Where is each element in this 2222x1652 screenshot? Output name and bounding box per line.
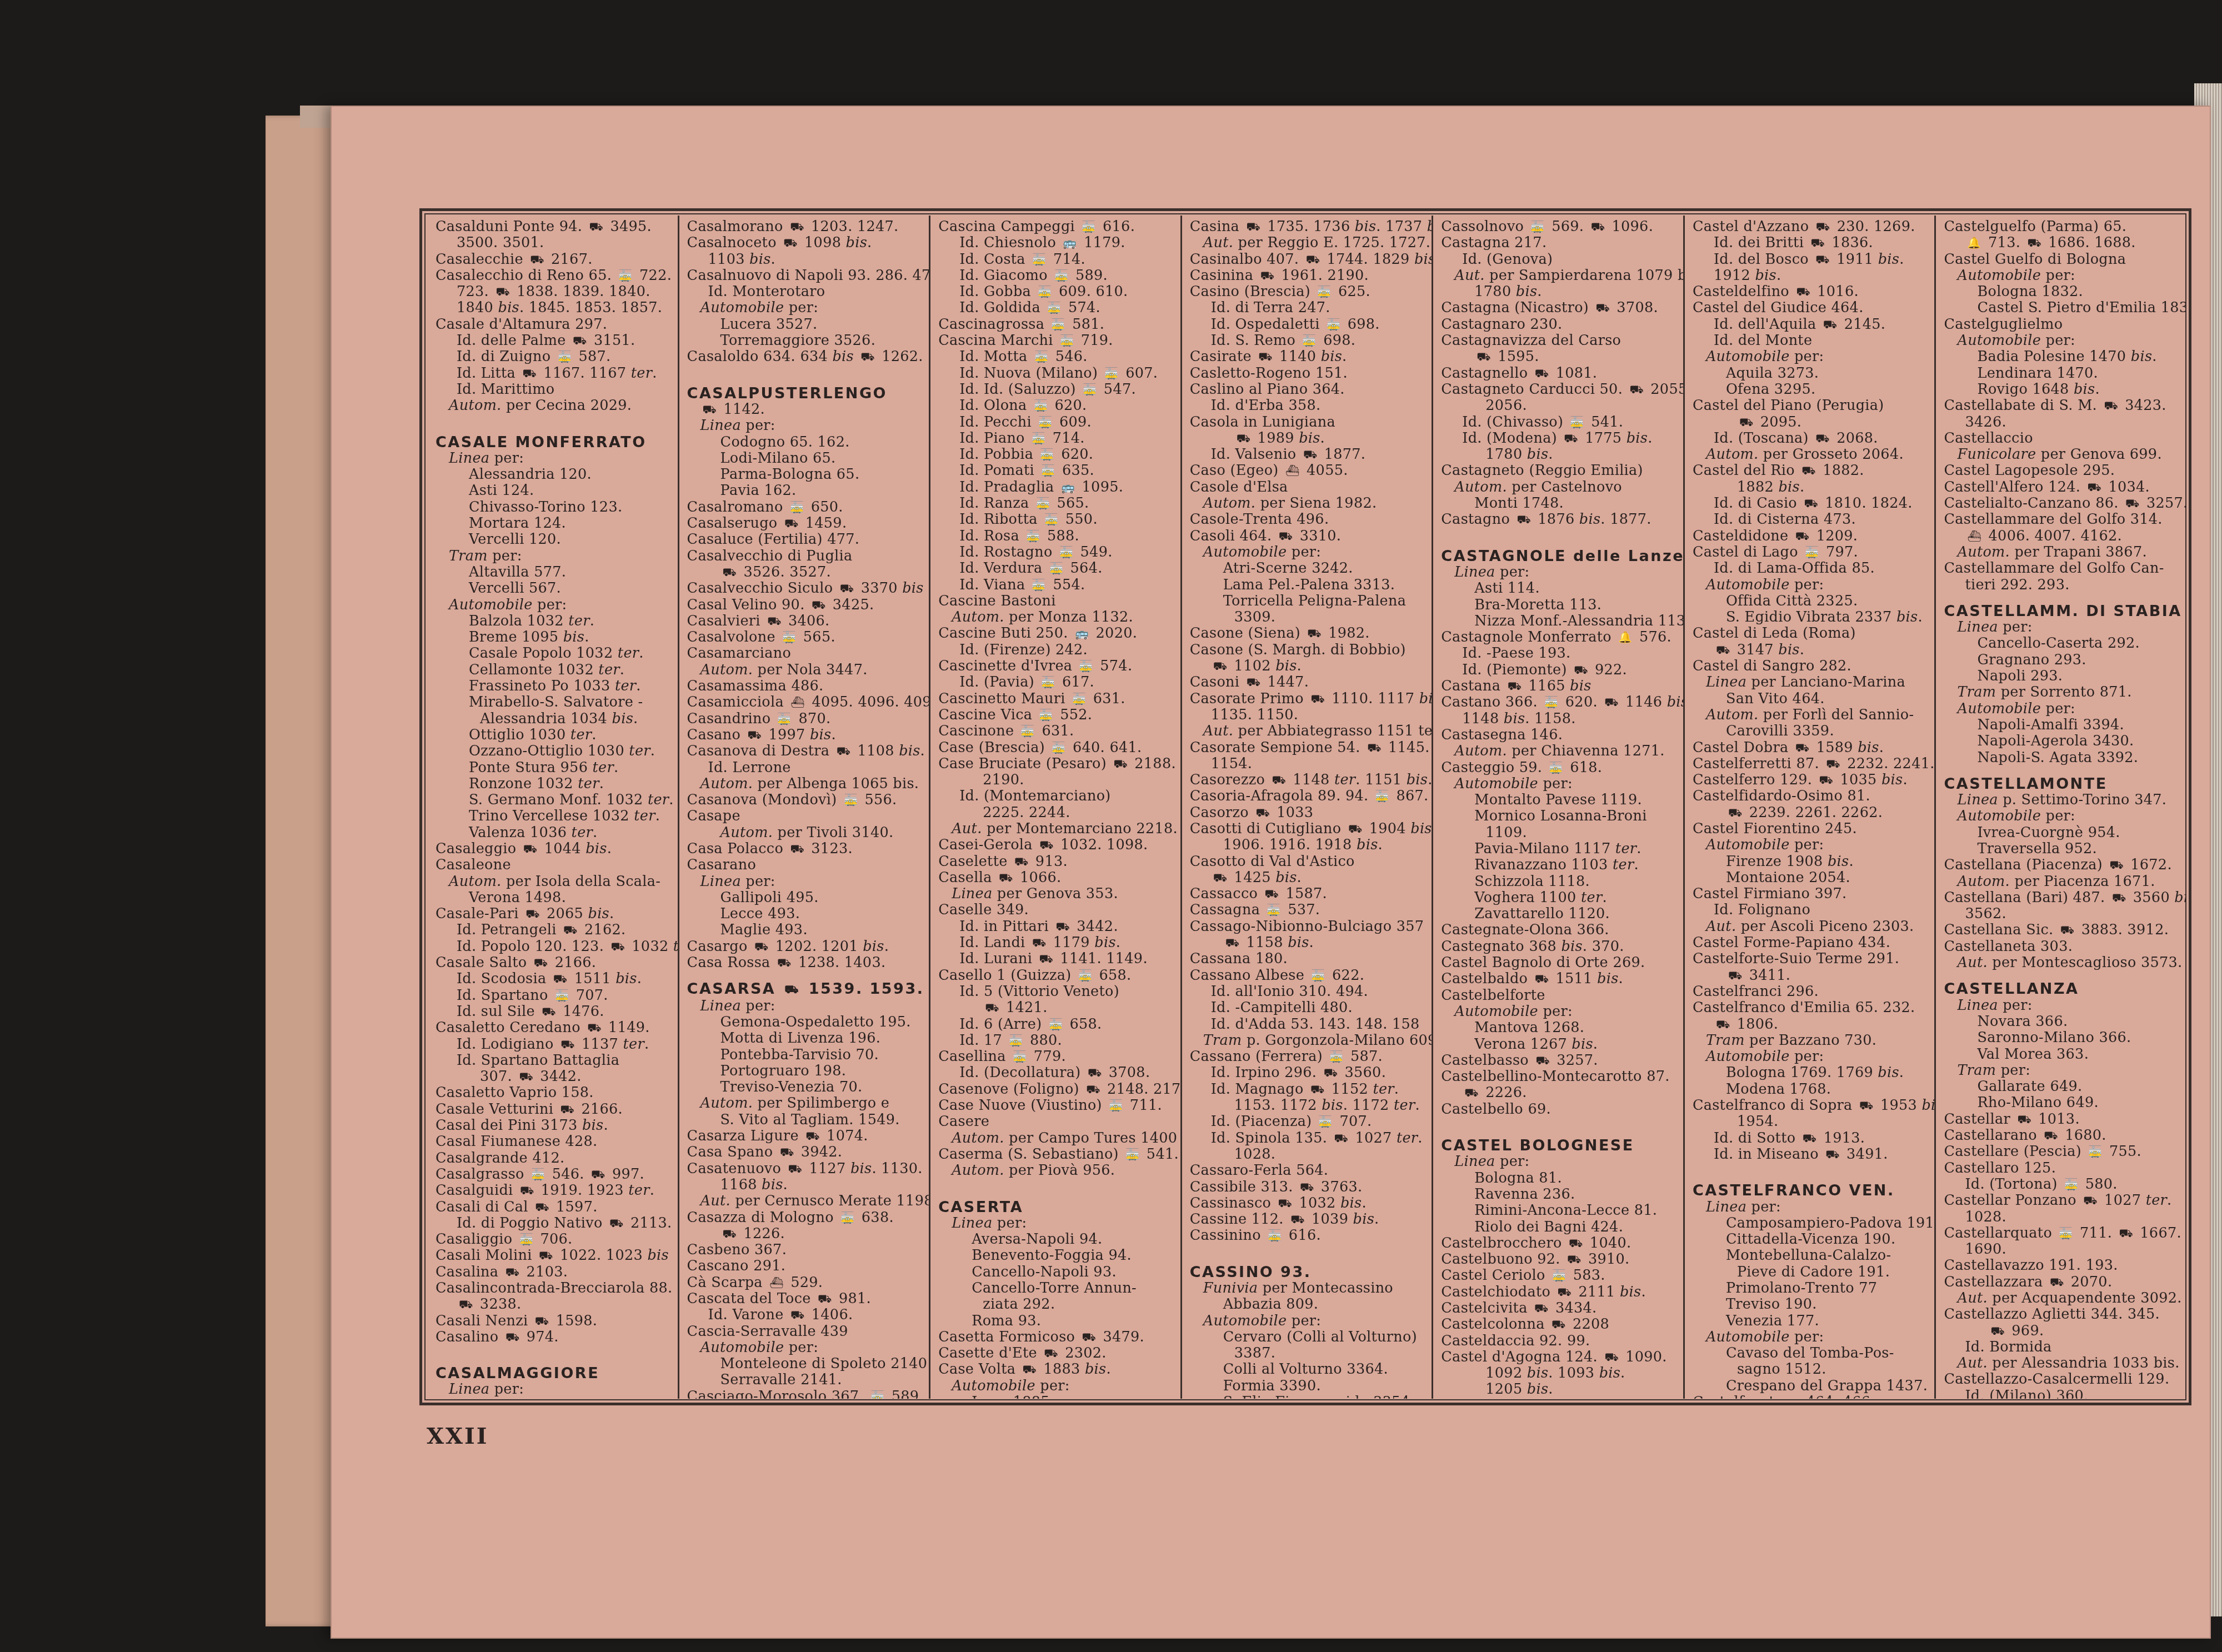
transport-mode-label: Linea bbox=[700, 998, 741, 1014]
index-entry: Montebelluna-Calalzo- bbox=[1693, 1248, 1929, 1264]
car-icon: ⛟ bbox=[2125, 495, 2139, 512]
spacer bbox=[938, 1179, 1175, 1189]
index-entry: Casenove (Foligno) ⛟ 2148. 2172 bbox=[938, 1082, 1175, 1098]
index-entry: Autom. per Piovà 956. bbox=[938, 1163, 1175, 1179]
index-column-6: Castel d'Azzano ⛟ 230. 1269.Id. dei Brit… bbox=[1685, 216, 1936, 1399]
car-icon: ⛟ bbox=[1023, 1361, 1037, 1378]
suffix-label: bis bbox=[1094, 934, 1115, 951]
index-entry: Castel Bagnolo di Orte 269. bbox=[1441, 955, 1678, 971]
index-entry: Castel del Piano (Perugia) bbox=[1693, 398, 1929, 414]
transport-mode-label: Automobile bbox=[1706, 1329, 1790, 1345]
index-entry: Automobile per: bbox=[1441, 1004, 1678, 1020]
transport-mode-label: Autom. bbox=[1957, 544, 2010, 560]
index-entry: Trino Vercellese 1032 ter. bbox=[436, 808, 672, 824]
index-entry: Nizza Monf.-Alessandria 113. bbox=[1441, 613, 1678, 629]
index-entry: Voghera 1100 ter. bbox=[1441, 890, 1678, 906]
transport-mode-label: Autom. bbox=[449, 873, 502, 890]
suffix-label: bis bbox=[1878, 1064, 1899, 1081]
suffix-label: bis bbox=[1572, 1036, 1593, 1053]
index-entry: Casano ⛟ 1997 bis. bbox=[687, 727, 924, 743]
index-entry: Id. Popolo 120. 123. ⛟ 1032 ter. bbox=[436, 939, 672, 955]
boat-icon: ⛴ bbox=[790, 694, 805, 710]
index-entry: Funivia per Montecassino bbox=[1190, 1280, 1427, 1296]
transport-mode-label: Linea bbox=[700, 417, 741, 434]
suffix-label: ter bbox=[598, 662, 619, 678]
index-entry: Chivasso-Torino 123. bbox=[436, 499, 672, 515]
index-entry: Automobile per: bbox=[1944, 701, 2180, 717]
car-icon: ⛟ bbox=[788, 1161, 802, 1177]
index-entry: Casone (S. Margh. di Bobbio) bbox=[1190, 642, 1427, 658]
suffix-label: bis bbox=[2131, 348, 2152, 365]
index-entry: Automobile per: bbox=[1944, 268, 2180, 284]
index-entry: Gallipoli 495. bbox=[687, 890, 924, 906]
suffix-label: bis bbox=[1627, 430, 1648, 447]
index-entry: Ozzano-Ottiglio 1030 ter. bbox=[436, 743, 672, 759]
index-entry: Bra-Moretta 113. bbox=[1441, 597, 1678, 613]
index-entry: Id. di Poggio Nativo ⛟ 2113. bbox=[436, 1215, 672, 1232]
section-heading: CASARSA ⛟ 1539. 1593. bbox=[687, 981, 924, 998]
index-entry: ⛟ 2239. 2261. 2262. bbox=[1693, 805, 1929, 821]
tram-icon: 🚋 bbox=[1052, 740, 1065, 756]
suffix-label: bis bbox=[749, 251, 770, 268]
car-icon: ⛟ bbox=[1306, 252, 1320, 268]
index-entry: Autom. per Castelnovo bbox=[1441, 479, 1678, 495]
index-entry: Castellar ⛟ 1013. bbox=[1944, 1112, 2180, 1128]
index-entry: Id. Nuova (Milano) 🚋 607. bbox=[938, 366, 1175, 382]
tram-icon: 🚋 bbox=[1032, 430, 1045, 447]
index-entry: Cancello-Torre Annun- bbox=[938, 1280, 1175, 1296]
index-entry: Autom. per Nola 3447. bbox=[687, 662, 924, 678]
car-icon: ⛟ bbox=[783, 235, 797, 251]
section-heading: CASERTA bbox=[938, 1199, 1175, 1215]
section-heading: CASTELLAMONTE bbox=[1944, 776, 2180, 792]
index-entry: Id. (Decollatura) ⛟ 3708. bbox=[938, 1065, 1175, 1081]
index-entry: Casatenuovo ⛟ 1127 bis. 1130. bbox=[687, 1161, 924, 1177]
car-icon: ⛟ bbox=[496, 284, 509, 300]
tram-icon: 🚋 bbox=[1109, 1098, 1123, 1114]
car-icon: ⛟ bbox=[1044, 1345, 1058, 1361]
car-icon: ⛟ bbox=[1739, 414, 1753, 430]
index-entry: Lugo 1885. bbox=[938, 1394, 1175, 1399]
index-entry: ⛟ 1806. bbox=[1693, 1017, 1929, 1033]
index-entry: Casalduni Ponte 94. ⛟ 3495. bbox=[436, 219, 672, 235]
transport-mode-label: Automobile bbox=[700, 299, 784, 316]
index-entry: Castagnole Monferrato 🔔 576. bbox=[1441, 629, 1678, 645]
index-entry: Casamassima 486. bbox=[687, 678, 924, 694]
car-icon: ⛟ bbox=[767, 613, 781, 629]
car-icon: ⛟ bbox=[1859, 1098, 1873, 1114]
car-icon: ⛟ bbox=[2083, 1193, 2097, 1209]
car-icon: ⛟ bbox=[1535, 1053, 1549, 1069]
index-entry: Aut. per Reggio E. 1725. 1727. bbox=[1190, 235, 1427, 251]
index-entry: Casali di Cal ⛟ 1597. bbox=[436, 1199, 672, 1215]
index-entry: Modena 1768. bbox=[1693, 1082, 1929, 1098]
index-entry: Casalmorano ⛟ 1203. 1247. bbox=[687, 219, 924, 235]
index-entry: ziata 292. bbox=[938, 1296, 1175, 1313]
index-entry: Castelferro 129. ⛟ 1035 bis. bbox=[1693, 772, 1929, 788]
index-entry: Casale d'Altamura 297. bbox=[436, 317, 672, 333]
index-entry: Balzola 1032 ter. bbox=[436, 613, 672, 629]
index-entry: Autom. per Monza 1132. bbox=[938, 609, 1175, 625]
index-entry: Cavaso del Tomba-Pos- bbox=[1693, 1345, 1929, 1361]
index-entry: Casalvecchio Siculo ⛟ 3370 bis bbox=[687, 580, 924, 597]
tram-icon: 🚋 bbox=[1570, 414, 1584, 430]
index-entry: Casorate Primo ⛟ 1110. 1117 bis bbox=[1190, 691, 1427, 707]
index-entry: Castelfranci 296. bbox=[1693, 984, 1929, 1000]
section-heading: CASTELFRANCO VEN. bbox=[1693, 1183, 1929, 1199]
index-entry: Id. Rosa 🚋 588. bbox=[938, 528, 1175, 544]
car-icon: ⛟ bbox=[1303, 447, 1317, 463]
car-icon: ⛟ bbox=[1265, 886, 1279, 902]
car-icon: ⛟ bbox=[1464, 1085, 1478, 1101]
index-entry: Aut. per Cernusco Merate 1198. bbox=[687, 1193, 924, 1209]
suffix-label: bis bbox=[1527, 446, 1548, 463]
suffix-label: ter bbox=[2146, 1192, 2167, 1209]
section-heading: CASALPUSTERLENGO bbox=[687, 386, 924, 402]
car-icon: ⛟ bbox=[459, 1296, 473, 1313]
index-entry: Cascinette d'Ivrea 🚋 574. bbox=[938, 658, 1175, 674]
index-entry: Castelfidardo-Osimo 81. bbox=[1693, 788, 1929, 804]
tram-icon: 🚋 bbox=[2059, 1225, 2073, 1241]
car-icon: ⛟ bbox=[805, 1128, 819, 1144]
index-entry: Offida Città 2325. bbox=[1693, 593, 1929, 609]
index-entry: Cascina Marchi 🚋 719. bbox=[938, 333, 1175, 349]
index-entry: Id. 5 (Vittorio Veneto) bbox=[938, 984, 1175, 1000]
index-entry: Tram per: bbox=[1944, 1063, 2180, 1079]
suffix-label: bis bbox=[1881, 772, 1903, 788]
index-entry: Case Nuove (Viustino) 🚋 711. bbox=[938, 1098, 1175, 1114]
index-entry: Castel di Lago 🚋 797. bbox=[1693, 544, 1929, 560]
suffix-label: bis bbox=[1921, 1097, 1936, 1114]
suffix-label: bis bbox=[1288, 934, 1309, 951]
index-entry: Casape bbox=[687, 808, 924, 824]
index-entry: Casandrino 🚋 870. bbox=[687, 711, 924, 727]
car-icon: ⛟ bbox=[812, 597, 825, 613]
index-entry: Automobile per: bbox=[436, 597, 672, 613]
index-entry: 1205 bis. bbox=[1441, 1381, 1678, 1398]
index-entry: Casalnoceto ⛟ 1098 bis. bbox=[687, 235, 924, 251]
index-entry: Id. Bormida bbox=[1944, 1339, 2180, 1355]
index-entry: Id. Ospedaletti 🚋 698. bbox=[1190, 317, 1427, 333]
index-entry: Linea per Genova 353. bbox=[938, 886, 1175, 902]
index-entry: Castelforte-Suio Terme 291. bbox=[1693, 951, 1929, 967]
transport-mode-label: Aut. bbox=[1706, 918, 1736, 935]
index-entry: Casaletto Ceredano ⛟ 1149. bbox=[436, 1020, 672, 1036]
car-icon: ⛟ bbox=[1082, 1329, 1096, 1345]
index-entry: Ottiglio 1030 ter. bbox=[436, 727, 672, 743]
suffix-label: ter bbox=[1394, 1097, 1415, 1114]
suffix-label: ter bbox=[1613, 857, 1634, 873]
index-entry: Castel Firmiano 397. bbox=[1693, 886, 1929, 902]
car-icon: ⛟ bbox=[2119, 1225, 2133, 1241]
section-heading: CASTAGNOLE delle Lanze bbox=[1441, 548, 1678, 564]
index-entry: Castegnate-Olona 366. bbox=[1441, 922, 1678, 938]
index-entry: Casoni ⛟ 1447. bbox=[1190, 674, 1427, 690]
index-entry: Casalguidi ⛟ 1919. 1923 ter. bbox=[436, 1183, 672, 1199]
transport-mode-label: Autom. bbox=[449, 397, 502, 414]
index-entry: Cassano Albese 🚋 622. bbox=[1190, 968, 1427, 984]
tram-icon: 🚋 bbox=[1805, 544, 1819, 560]
index-entry: Castelchiodato ⛟ 2111 bis. bbox=[1441, 1284, 1678, 1300]
index-entry: Camposampiero-Padova 191 bbox=[1693, 1215, 1929, 1232]
index-entry: Id. Motta 🚋 546. bbox=[938, 349, 1175, 365]
spacer bbox=[1441, 528, 1678, 538]
suffix-label: bis bbox=[1599, 1365, 1620, 1381]
index-entry: Casalnuovo di Napoli 93. 286. 473. bbox=[687, 268, 924, 284]
suffix-label: ter bbox=[572, 824, 593, 841]
index-entry: Casorate Sempione 54. ⛟ 1145. bbox=[1190, 740, 1427, 756]
index-entry: Linea per: bbox=[436, 450, 672, 467]
tram-icon: 🚋 bbox=[1105, 366, 1119, 382]
index-entry: Rho-Milano 649. bbox=[1944, 1095, 2180, 1111]
index-entry: Id. Litta ⛟ 1167. 1167 ter. bbox=[436, 366, 672, 382]
index-entry: Alessandria 120. bbox=[436, 467, 672, 483]
index-entry: Id. del Bosco ⛟ 1911 bis. bbox=[1693, 252, 1929, 268]
index-entry: Castelfrentano 464. 466. bbox=[1693, 1394, 1929, 1399]
index-entry: tieri 292. 293. bbox=[1944, 577, 2180, 593]
car-icon: ⛟ bbox=[587, 1020, 601, 1036]
suffix-label: ter bbox=[628, 1182, 649, 1199]
index-entry: Casletto-Rogeno 151. bbox=[1190, 366, 1427, 382]
section-heading: CASTELLANZA bbox=[1944, 981, 2180, 997]
index-entry: Val Morea 363. bbox=[1944, 1047, 2180, 1063]
car-icon: ⛟ bbox=[1225, 935, 1239, 951]
car-icon: ⛟ bbox=[1534, 1300, 1548, 1316]
transport-mode-label: Aut. bbox=[1957, 954, 1987, 971]
transport-mode-label: Automobile bbox=[1957, 700, 2041, 717]
index-entry: Autom. per Campo Tures 1400 bbox=[938, 1130, 1175, 1147]
index-entry: Castelbaldo ⛟ 1511 bis. bbox=[1441, 971, 1678, 987]
index-entry: ⛟ 3411. bbox=[1693, 968, 1929, 984]
index-entry: Verona 1498. bbox=[436, 890, 672, 906]
index-entry: 2056. bbox=[1441, 398, 1678, 414]
transport-mode-label: Autom. bbox=[720, 824, 773, 841]
index-entry: Autom. per Piacenza 1671. bbox=[1944, 874, 2180, 890]
index-entry: Castel di Leda (Roma) bbox=[1693, 625, 1929, 642]
index-entry: Napoli 293. bbox=[1944, 668, 2180, 684]
index-entry: Id. Giacomo 🚋 589. bbox=[938, 268, 1175, 284]
index-entry: Cascine Buti 250. 🚌 2020. bbox=[938, 625, 1175, 642]
tram-icon: 🚋 bbox=[618, 268, 632, 284]
car-icon: ⛟ bbox=[535, 1199, 549, 1215]
car-icon: ⛟ bbox=[818, 1291, 832, 1307]
index-entry: Zavattarello 1120. bbox=[1441, 906, 1678, 922]
car-icon: ⛟ bbox=[1604, 1349, 1618, 1365]
suffix-label: bis bbox=[1516, 283, 1537, 300]
index-entry: Automobile per: bbox=[687, 1340, 924, 1356]
tram-icon: 🚋 bbox=[1026, 528, 1040, 544]
index-entry: Napoli-Agerola 3430. bbox=[1944, 733, 2180, 749]
suffix-label: bis bbox=[1353, 1211, 1374, 1228]
suffix-label: bis bbox=[762, 1177, 783, 1193]
index-entry: Cassinino 🚋 616. bbox=[1190, 1228, 1427, 1244]
index-entry: Cassolnovo 🚋 569. ⛟ 1096. bbox=[1441, 219, 1678, 235]
index-entry: Id. 6 (Arre) 🚋 658. bbox=[938, 1017, 1175, 1033]
index-entry: Casale Salto ⛟ 2166. bbox=[436, 955, 672, 971]
index-entry: Casarano bbox=[687, 857, 924, 873]
index-entry: Bologna 1769. 1769 bis. bbox=[1693, 1065, 1929, 1081]
car-icon: ⛟ bbox=[1088, 1065, 1102, 1081]
suffix-label: ter bbox=[629, 743, 650, 759]
index-entry: 723. ⛟ 1838. 1839. 1840. bbox=[436, 284, 672, 300]
index-entry: S. Elia Fiumerapido 3354. bbox=[1190, 1394, 1427, 1399]
transport-mode-label: Aut. bbox=[700, 1193, 730, 1209]
index-entry: Casei-Gerola ⛟ 1032. 1098. bbox=[938, 837, 1175, 853]
index-entry: Cascinone 🚋 631. bbox=[938, 723, 1175, 739]
index-entry: Serravalle 2141. bbox=[687, 1372, 924, 1388]
index-entry: Id. Olona 🚋 620. bbox=[938, 398, 1175, 414]
index-entry: Id. Folignano bbox=[1693, 902, 1929, 918]
section-heading: CASTELLAMM. DI STABIA bbox=[1944, 603, 2180, 619]
tram-icon: 🚋 bbox=[1125, 1147, 1139, 1163]
suffix-label: bis bbox=[1561, 938, 1582, 955]
index-entry: Castellana Sic. ⛟ 3883. 3912. bbox=[1944, 922, 2180, 938]
transport-mode-label: Autom. bbox=[1706, 707, 1759, 723]
index-entry: Aut. per Abbiategrasso 1151 ter bbox=[1190, 723, 1427, 739]
index-entry: Linea per: bbox=[436, 1381, 672, 1398]
tram-icon: 🚋 bbox=[1049, 1017, 1063, 1033]
tram-icon: 🚋 bbox=[1319, 1114, 1333, 1130]
car-icon: ⛟ bbox=[1716, 642, 1730, 658]
index-entry: Aquila 3273. bbox=[1693, 366, 1929, 382]
index-entry: Id. Pradaglia 🚌 1095. bbox=[938, 479, 1175, 495]
index-entry: Castellavazzo 191. 193. bbox=[1944, 1258, 2180, 1274]
index-entry: Castel d'Azzano ⛟ 230. 1269. bbox=[1693, 219, 1929, 235]
suffix-label: bis bbox=[1527, 1365, 1548, 1381]
index-entry: S. Vito al Tagliam. 1549. bbox=[687, 1112, 924, 1128]
car-icon: ⛟ bbox=[1086, 1082, 1100, 1098]
car-icon: ⛟ bbox=[1795, 528, 1809, 544]
car-icon: ⛟ bbox=[560, 1102, 574, 1118]
index-entry: Rivanazzano 1103 ter. bbox=[1441, 857, 1678, 873]
index-entry: 1092 bis. 1093 bis. bbox=[1441, 1365, 1678, 1381]
suffix-label: ter bbox=[673, 938, 679, 955]
transport-mode-label: Funicolare bbox=[1957, 446, 2036, 463]
section-heading: CASTEL BOLOGNESE bbox=[1441, 1138, 1678, 1154]
car-icon: ⛟ bbox=[591, 1167, 605, 1183]
index-entry: Casaletto Vaprio 158. bbox=[436, 1085, 672, 1101]
index-entry: Id. Chiesnolo 🚌 1179. bbox=[938, 235, 1175, 251]
car-icon: ⛟ bbox=[2044, 1128, 2058, 1144]
index-entry: Castelbello 69. bbox=[1441, 1102, 1678, 1118]
suffix-label: bis bbox=[1427, 218, 1434, 235]
index-entry: Venezia 177. bbox=[1693, 1313, 1929, 1329]
index-entry: Torremaggiore 3526. bbox=[687, 333, 924, 349]
index-entry: Id. S. Remo 🚋 698. bbox=[1190, 333, 1427, 349]
index-entry: Roma 93. bbox=[938, 1313, 1175, 1329]
transport-mode-label: Autom. bbox=[1454, 479, 1507, 495]
suffix-label: bis bbox=[1667, 694, 1685, 710]
car-icon: ⛟ bbox=[610, 939, 624, 955]
index-entry: Schizzola 1118. bbox=[1441, 874, 1678, 890]
car-icon: ⛟ bbox=[1796, 284, 1810, 300]
index-entry: Castellarquato 🚋 711. ⛟ 1667. bbox=[1944, 1225, 2180, 1241]
tram-icon: 🚋 bbox=[1039, 707, 1053, 723]
spacer bbox=[1441, 1118, 1678, 1128]
index-entry: Id. Verdura 🚋 564. bbox=[938, 560, 1175, 577]
index-entry: Aut. per Ascoli Piceno 2303. bbox=[1693, 919, 1929, 935]
index-entry: Id. (Genova) bbox=[1441, 252, 1678, 268]
index-entry: Cassinasco ⛟ 1032 bis. bbox=[1190, 1195, 1427, 1212]
index-entry: Ronzone 1032 ter. bbox=[436, 776, 672, 792]
tram-icon: 🚋 bbox=[844, 792, 858, 808]
index-entry: 1690. bbox=[1944, 1241, 2180, 1258]
boat-icon: ⛴ bbox=[769, 1275, 784, 1291]
index-entry: Casola in Lunigiana bbox=[1190, 414, 1427, 430]
index-entry: Napoli-S. Agata 3392. bbox=[1944, 750, 2180, 766]
car-icon: ⛟ bbox=[1801, 463, 1815, 479]
index-entry: Casole d'Elsa bbox=[1190, 479, 1427, 495]
index-entry: Id. del Monte bbox=[1693, 333, 1929, 349]
car-icon: ⛟ bbox=[1278, 1195, 1292, 1212]
index-entry: Cascia-Serravalle 439 bbox=[687, 1324, 924, 1340]
transport-mode-label: Linea bbox=[952, 885, 992, 902]
index-entry: Id. Piano 🚋 714. bbox=[938, 430, 1175, 447]
index-entry: Id. -Paese 193. bbox=[1441, 645, 1678, 662]
index-entry: Id. di Cisterna 473. bbox=[1693, 512, 1929, 528]
suffix-label: ter bbox=[623, 1036, 644, 1053]
car-icon: ⛟ bbox=[1367, 740, 1381, 756]
index-entry: Id. Costa 🚋 714. bbox=[938, 252, 1175, 268]
suffix-label: ter bbox=[648, 792, 669, 808]
car-icon: ⛟ bbox=[1629, 382, 1643, 398]
index-entry: Id. (Tortona) 🚋 580. bbox=[1944, 1177, 2180, 1193]
car-icon: ⛟ bbox=[1990, 1323, 2004, 1339]
index-entry: Cervaro (Colli al Volturno) bbox=[1190, 1329, 1427, 1345]
index-entry: Automobile per: bbox=[1441, 776, 1678, 792]
transport-mode-label: Linea bbox=[1957, 997, 1998, 1014]
car-icon: ⛟ bbox=[530, 252, 544, 268]
index-entry: Case (Brescia) 🚋 640. 641. bbox=[938, 740, 1175, 756]
tram-icon: 🚋 bbox=[1083, 382, 1097, 398]
index-entry: Riolo dei Bagni 424. bbox=[1441, 1219, 1678, 1235]
index-entry: ⛟ 1595. bbox=[1441, 349, 1678, 365]
index-entry: Asti 124. bbox=[436, 483, 672, 499]
transport-mode-label: Aut. bbox=[1454, 267, 1484, 284]
index-entry: Pavia 162. bbox=[687, 483, 924, 499]
transport-mode-label: Linea bbox=[449, 1381, 489, 1398]
suffix-label: bis bbox=[585, 840, 607, 857]
index-entry: Monti 1748. bbox=[1441, 495, 1678, 512]
index-entry: Id. Id. (Saluzzo) 🚋 547. bbox=[938, 382, 1175, 398]
bus-icon: 🚌 bbox=[1075, 625, 1089, 642]
index-entry: Casaliggio 🚋 706. bbox=[436, 1232, 672, 1248]
index-entry: Castelferretti 87. ⛟ 2232. 2241. bbox=[1693, 756, 1929, 772]
tram-icon: 🚋 bbox=[870, 1389, 884, 1399]
index-entry: Castagnaro 230. bbox=[1441, 317, 1678, 333]
index-entry: 1154. bbox=[1190, 756, 1427, 772]
index-entry: Casteldidone ⛟ 1209. bbox=[1693, 528, 1929, 544]
index-entry: Cà Scarpa ⛴ 529. bbox=[687, 1275, 924, 1291]
transport-mode-label: Autom. bbox=[1957, 873, 2010, 890]
index-entry: Id. Landi ⛟ 1179 bis. bbox=[938, 935, 1175, 951]
section-heading: CASALE MONFERRATO bbox=[436, 434, 672, 450]
tram-icon: 🚋 bbox=[1549, 760, 1563, 776]
suffix-label: bis bbox=[1321, 348, 1342, 365]
suffix-label: bis bbox=[498, 299, 519, 316]
index-entry: Aut. per Alessandria 1033 bis. bbox=[1944, 1355, 2180, 1371]
index-entry: Casanova (Mondovì) 🚋 556. bbox=[687, 792, 924, 808]
index-entry: Castellana (Piacenza) ⛟ 1672. bbox=[1944, 857, 2180, 873]
index-entry: Id. Ribotta 🚋 550. bbox=[938, 512, 1175, 528]
car-icon: ⛟ bbox=[2104, 398, 2118, 414]
index-entry: Autom. per Grosseto 2064. bbox=[1693, 447, 1929, 463]
index-entry: 1103 bis. bbox=[687, 252, 924, 268]
transport-mode-label: Tram bbox=[1706, 1032, 1745, 1049]
transport-mode-label: Autom. bbox=[1203, 495, 1256, 512]
car-icon: ⛟ bbox=[1815, 430, 1829, 447]
tram-icon: 🚋 bbox=[1032, 577, 1046, 593]
